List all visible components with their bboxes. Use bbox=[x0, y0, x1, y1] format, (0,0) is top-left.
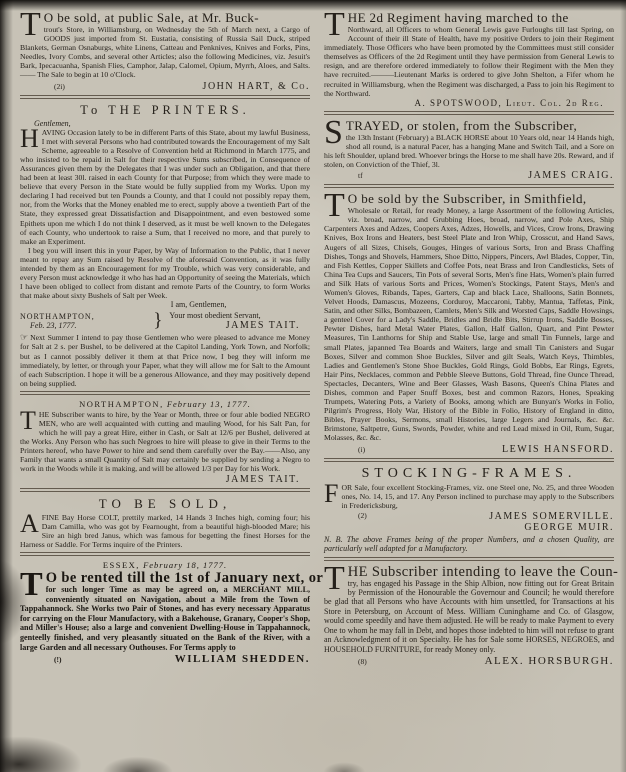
signature: WILLIAM SHEDDEN. bbox=[175, 653, 310, 665]
dateline-date: February 18, 1777. bbox=[143, 560, 227, 570]
nota-bene: N. B. The above Frames being of the prop… bbox=[324, 535, 614, 554]
advert-bucktrout-sale: T O be sold, at public Sale, at Mr. Buck… bbox=[20, 11, 310, 92]
insertion-mark: tf bbox=[324, 171, 363, 180]
insertion-mark: (!) bbox=[20, 655, 62, 664]
section-divider bbox=[20, 95, 310, 99]
advert-body: OR Sale, four excellent Stocking-Frames,… bbox=[324, 483, 614, 510]
closing-line: I am, Gentlemen, bbox=[20, 300, 310, 309]
advert-opener: O be sold, at public Sale, at Mr. Buck- bbox=[20, 11, 310, 25]
notice-body: Northward, all Officers to whom General … bbox=[324, 25, 614, 98]
advert-smithfield-goods: T O be sold by the Subscriber, in Smithf… bbox=[324, 192, 614, 454]
advert-opener: HE Subscriber intending to leave the Cou… bbox=[324, 565, 614, 579]
notice-opener: HE 2d Regiment having marched to the bbox=[324, 11, 614, 25]
section-divider bbox=[324, 184, 614, 188]
drop-cap: F bbox=[324, 483, 341, 504]
advert-merchant-mill: ESSEX, February 18, 1777. T O be rented … bbox=[20, 560, 310, 665]
drop-cap: H bbox=[20, 128, 42, 149]
letter-paragraph-1: AVING Occasion lately to be in different… bbox=[20, 128, 310, 246]
signature: ALEX. HORSBURGH. bbox=[485, 655, 614, 667]
section-divider bbox=[324, 458, 614, 462]
postscript: ☞Next Summer I intend to pay those Gentl… bbox=[20, 333, 310, 388]
signature: LEWIS HANSFORD. bbox=[502, 444, 614, 455]
section-divider bbox=[20, 552, 310, 556]
dateline-date: February 13, 1777. bbox=[167, 399, 251, 409]
brace-glyph: } bbox=[153, 310, 169, 332]
salutation: Gentlemen, bbox=[20, 119, 310, 128]
insertion-mark: (2i) bbox=[20, 82, 65, 91]
drop-cap: T bbox=[324, 192, 348, 219]
insertion-mark: (i) bbox=[324, 445, 365, 454]
advert-body: FINE Bay Horse COLT, prettily marked, 14… bbox=[20, 513, 310, 549]
dateline-place: NORTHAMPTON, bbox=[20, 312, 153, 321]
advert-heading: TO BE SOLD, bbox=[20, 496, 310, 512]
signature: GEORGE MUIR. bbox=[524, 522, 614, 533]
dateline-place: NORTHAMPTON, bbox=[79, 399, 164, 409]
right-column: T HE 2d Regiment having marched to the N… bbox=[324, 11, 614, 669]
advert-opener: O be rented till the 1st of January next… bbox=[20, 571, 310, 585]
left-column: T O be sold, at public Sale, at Mr. Buck… bbox=[20, 11, 310, 667]
advert-body: for such longer Time as may be agreed on… bbox=[20, 585, 310, 652]
signature: JAMES TAIT. bbox=[169, 321, 310, 331]
advert-strayed-horse: S TRAYED, or stolen, from the Subscriber… bbox=[324, 119, 614, 181]
postscript-text: Next Summer I intend to pay those Gentle… bbox=[20, 333, 310, 387]
manicule-icon: ☞ bbox=[20, 332, 30, 342]
advert-colt-sale: TO BE SOLD, A FINE Bay Horse COLT, prett… bbox=[20, 496, 310, 549]
section-divider bbox=[324, 111, 614, 115]
advert-body: try, has engaged his Passage in the Ship… bbox=[324, 579, 614, 654]
drop-cap: T bbox=[324, 565, 348, 592]
notice-2d-regiment: T HE 2d Regiment having marched to the N… bbox=[324, 11, 614, 108]
signature: JAMES TAIT. bbox=[20, 474, 310, 485]
advert-body: Wholesale or Retail, for ready Money, a … bbox=[324, 206, 614, 442]
signature: JAMES CRAIG. bbox=[528, 170, 614, 181]
signature: A. SPOTSWOOD, Lieut. Col. 2d Reg. bbox=[324, 98, 614, 108]
drop-cap: T bbox=[20, 410, 39, 431]
advert-body: the 13th Instant (February) a BLACK HORS… bbox=[324, 133, 614, 169]
letter-paragraph-2: I beg you will insert this in your Paper… bbox=[20, 246, 310, 301]
drop-cap: T bbox=[20, 11, 44, 38]
advert-heading: STOCKING-FRAMES. bbox=[324, 466, 614, 482]
signature: JOHN HART, & Co. bbox=[203, 81, 310, 92]
closing-block: NORTHAMPTON, Feb. 23, 1777. } Your most … bbox=[20, 310, 310, 332]
signature: JAMES SOMERVILLE. bbox=[489, 511, 614, 522]
advert-hire-negro-men: NORTHAMPTON, February 13, 1777. T HE Sub… bbox=[20, 399, 310, 485]
dateline: NORTHAMPTON, February 13, 1777. bbox=[20, 399, 310, 409]
section-divider bbox=[20, 488, 310, 492]
drop-cap: T bbox=[324, 11, 348, 38]
insertion-mark: (8) bbox=[324, 657, 367, 666]
advert-body: trout's Store, in Williamsburg, on Wedne… bbox=[20, 25, 310, 80]
drop-cap: A bbox=[20, 513, 42, 534]
advert-opener: O be sold by the Subscriber, in Smithfie… bbox=[324, 192, 614, 206]
advert-opener: TRAYED, or stolen, from the Subscriber, bbox=[324, 119, 614, 133]
advert-leaving-country: T HE Subscriber intending to leave the C… bbox=[324, 565, 614, 667]
dateline: ESSEX, February 18, 1777. bbox=[20, 560, 310, 570]
letter-heading: To THE PRINTERS. bbox=[20, 103, 310, 118]
dateline-date: Feb. 23, 1777. bbox=[20, 321, 153, 330]
section-divider bbox=[20, 391, 310, 395]
section-divider bbox=[324, 557, 614, 561]
drop-cap: S bbox=[324, 119, 346, 146]
advert-stocking-frames: STOCKING-FRAMES. F OR Sale, four excelle… bbox=[324, 466, 614, 554]
letter-to-printers: To THE PRINTERS. Gentlemen, H AVING Occa… bbox=[20, 103, 310, 388]
dateline-place: ESSEX, bbox=[103, 560, 140, 570]
drop-cap: T bbox=[20, 571, 46, 598]
newspaper-page: T O be sold, at public Sale, at Mr. Buck… bbox=[0, 0, 626, 772]
advert-body: HE Subscriber wants to hire, by the Year… bbox=[20, 410, 310, 474]
insertion-mark: (2) bbox=[324, 511, 367, 520]
